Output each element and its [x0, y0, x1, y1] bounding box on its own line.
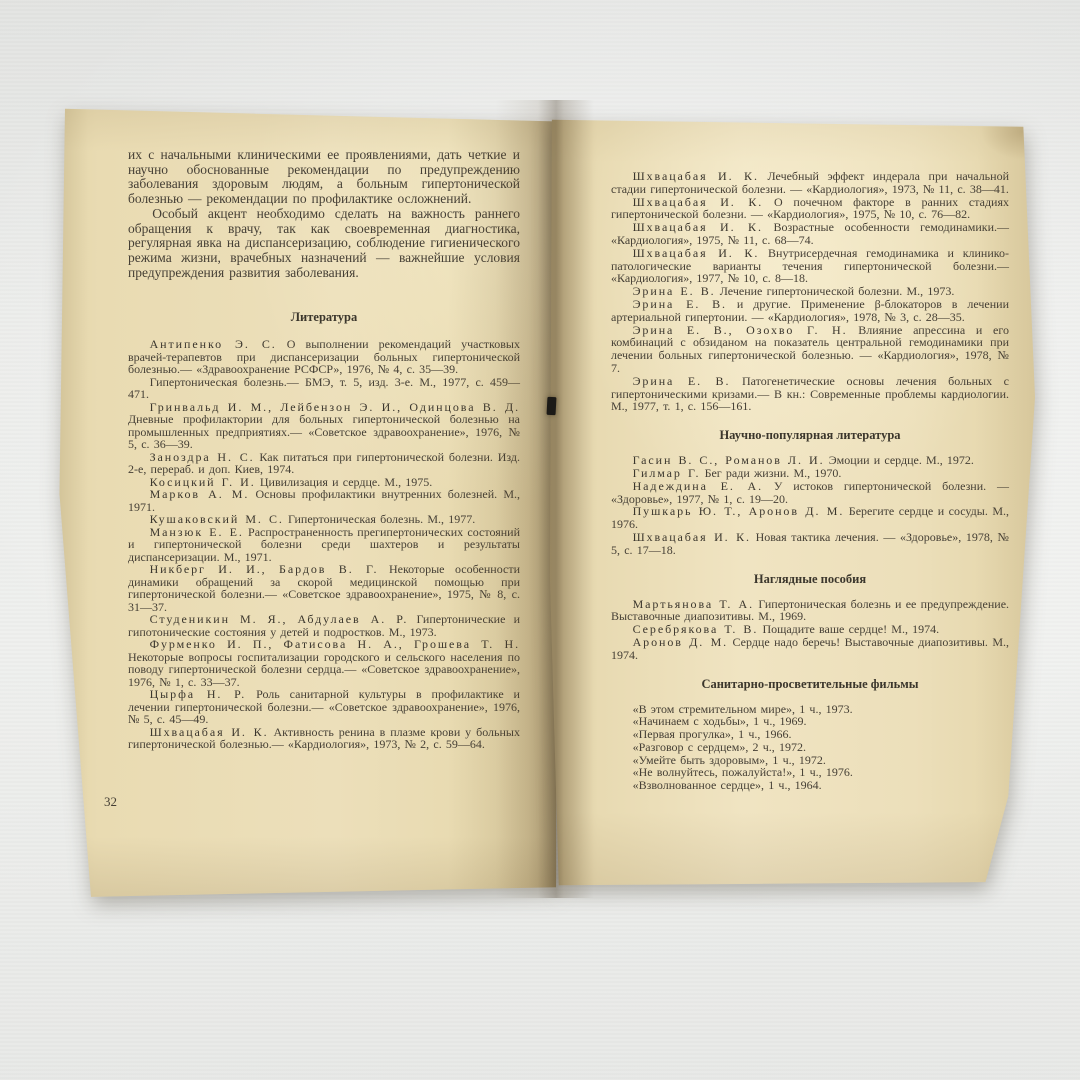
entry-authors: Шхвацабая И. К.: [633, 220, 763, 234]
bibliography-entry: Эрина Е. В., Озохво Г. Н. Влияние апресс…: [611, 324, 1009, 375]
bibliography-entry: Цырфа Н. Р. Роль санитарной культуры в п…: [128, 688, 520, 726]
entry-authors: Эрина Е. В.: [633, 297, 727, 311]
bibliography-entry: Заноздра Н. С. Как питаться при гипертон…: [128, 451, 520, 476]
left-page-wrap: их с начальными клиническими ее проявлен…: [58, 104, 558, 900]
right-page-content: Шхвацабая И. К. Лечебный эффект индерала…: [611, 170, 1009, 792]
open-book: их с начальными клиническими ее проявлен…: [0, 0, 1080, 1080]
section-heading-popular-literature: Научно-популярная литература: [611, 428, 1009, 443]
bibliography-entry: Шхвацабая И. К. Лечебный эффект индерала…: [611, 170, 1009, 196]
entry-authors: Пушкарь Ю. Т., Аронов Д. М.: [633, 504, 845, 518]
section-heading-films: Санитарно-просветительные фильмы: [611, 677, 1009, 692]
right-page-wrap: Шхвацабая И. К. Лечебный эффект индерала…: [549, 108, 1035, 890]
entry-authors: Цырфа Н. Р.: [150, 687, 247, 701]
entry-authors: Мартьянова Т. А.: [633, 597, 754, 611]
entry-authors: Антипенко Э. С.: [150, 337, 277, 351]
entry-authors: Никберг И. И., Бардов В. Г.: [150, 562, 379, 576]
photo-background: их с начальными клиническими ее проявлен…: [0, 0, 1080, 1080]
section-heading-literatura: Литература: [128, 310, 520, 325]
right-page: Шхвацабая И. К. Лечебный эффект индерала…: [549, 108, 1035, 890]
bibliography-entry: Аронов Д. М. Сердце надо беречь! Выставо…: [611, 636, 1009, 662]
bibliography-entry: Эрина Е. В. Патогенетические основы лече…: [611, 375, 1009, 413]
body-paragraph: Особый акцент необходимо сделать на важн…: [128, 207, 520, 281]
entry-authors: Шхвацабая И. К.: [633, 530, 751, 544]
entry-authors: Фурменко И. П., Фатисова Н. А., Грошева …: [150, 637, 520, 651]
bibliography-entry: Шхвацабая И. К. О почечном факторе в ран…: [611, 196, 1009, 222]
bibliography-entry: Марков А. М. Основы профилактики внутрен…: [128, 488, 520, 513]
bibliography-entry: Фурменко И. П., Фатисова Н. А., Грошева …: [128, 638, 520, 688]
entry-authors: Эрина Е. В., Озохво Г. Н.: [633, 323, 848, 337]
section-heading-visual-aids: Наглядные пособия: [611, 572, 1009, 587]
bibliography-entry: Мартьянова Т. А. Гипертоническая болезнь…: [611, 598, 1009, 624]
entry-authors: Заноздра Н. С.: [150, 450, 255, 464]
bibliography-entry: Шхвацабая И. К. Внутрисердечная гемодина…: [611, 247, 1009, 285]
page-number: 32: [104, 794, 117, 810]
entry-authors: Эрина Е. В.: [633, 374, 731, 388]
bibliography-entry: Никберг И. И., Бардов В. Г. Некоторые ос…: [128, 563, 520, 613]
visual-aids-list: Мартьянова Т. А. Гипертоническая болезнь…: [611, 598, 1009, 662]
body-paragraph: их с начальными клиническими ее проявлен…: [128, 148, 520, 207]
entry-authors: Студеникин М. Я., Абдулаев А. Р.: [150, 612, 409, 626]
left-page: их с начальными клиническими ее проявлен…: [58, 104, 558, 900]
bibliography-entry: Гипертоническая болезнь.— БМЭ, т. 5, изд…: [128, 376, 520, 401]
staple: [547, 397, 557, 415]
bibliography-entry: Студеникин М. Я., Абдулаев А. Р. Гиперто…: [128, 613, 520, 638]
bibliography-list-right: Шхвацабая И. К. Лечебный эффект индерала…: [611, 170, 1009, 413]
bibliography-entry: Гринвальд И. М., Лейбензон Э. И., Одинцо…: [128, 401, 520, 451]
entry-authors: Гринвальд И. М., Лейбензон Э. И., Одинцо…: [150, 400, 520, 414]
film-entry: «Разговор с сердцем», 2 ч., 1972.: [611, 741, 1009, 754]
bibliography-list-left: Антипенко Э. С. О выполнении рекомендаци…: [128, 338, 520, 751]
left-page-content: их с начальными клиническими ее проявлен…: [128, 148, 520, 751]
bibliography-entry: Эрина Е. В. и другие. Применение β-блока…: [611, 298, 1009, 324]
entry-authors: Шхвацабая И. К.: [633, 169, 759, 183]
film-entry: «Первая прогулка», 1 ч., 1966.: [611, 728, 1009, 741]
bibliography-entry: Манзюк Е. Е. Распространенность прегипер…: [128, 526, 520, 564]
film-entry: «Взволнованное сердце», 1 ч., 1964.: [611, 779, 1009, 792]
entry-authors: Надеждина Е. А.: [633, 479, 763, 493]
entry-authors: Манзюк Е. Е.: [150, 525, 244, 539]
entry-authors: Шхвацабая И. К.: [633, 195, 764, 209]
entry-authors: Марков А. М.: [150, 487, 250, 501]
entry-authors: Аронов Д. М.: [633, 635, 728, 649]
entry-authors: Шхвацабая И. К.: [150, 725, 269, 739]
bibliography-entry: Пушкарь Ю. Т., Аронов Д. М. Берегите сер…: [611, 505, 1009, 531]
bibliography-entry: Надеждина Е. А. У истоков гипертоническо…: [611, 480, 1009, 506]
entry-authors: Шхвацабая И. К.: [633, 246, 760, 260]
popular-literature-list: Гасин В. С., Романов Л. И. Эмоции и серд…: [611, 454, 1009, 556]
bibliography-entry: Шхвацабая И. К. Активность ренина в плаз…: [128, 726, 520, 751]
films-list: «В этом стремительном мире», 1 ч., 1973.…: [611, 703, 1009, 793]
bibliography-entry: Антипенко Э. С. О выполнении рекомендаци…: [128, 338, 520, 376]
bibliography-entry: Шхвацабая И. К. Возрастные особенности г…: [611, 221, 1009, 247]
bibliography-entry: Шхвацабая И. К. Новая тактика лечения. —…: [611, 531, 1009, 557]
body-paragraphs: их с начальными клиническими ее проявлен…: [128, 148, 520, 280]
